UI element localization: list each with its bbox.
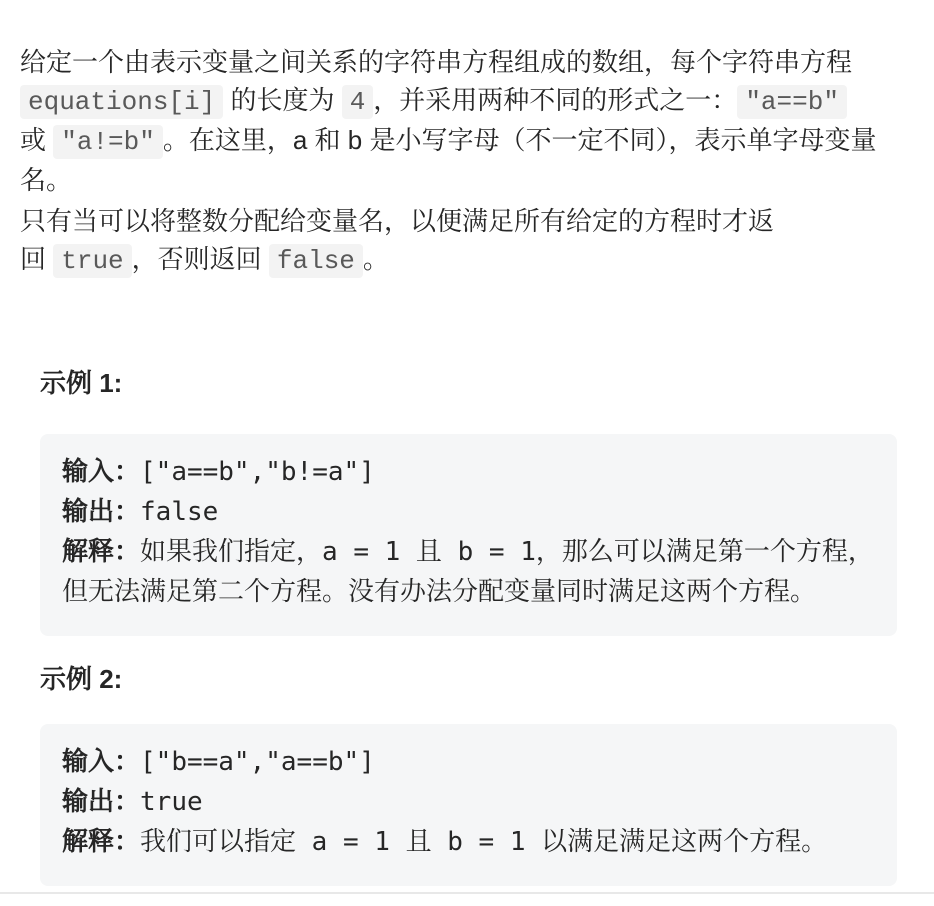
example-1-heading: 示例 1: [40,364,914,402]
section-divider [0,892,934,894]
problem-description: 给定一个由表示变量之间关系的字符串方程组成的数组，每个字符串方程 equatio… [0,0,934,886]
io-label: 解释： [62,537,140,567]
inline-code: equations[i] [20,85,223,119]
example-2-heading: 示例 2: [40,660,914,698]
problem-statement-paragraph: 给定一个由表示变量之间关系的字符串方程组成的数组，每个字符串方程 equatio… [20,43,914,199]
inline-code: true [53,244,131,278]
inline-code: false [269,244,363,278]
inline-code: 4 [342,85,374,119]
inline-code: "a!=b" [53,125,163,159]
io-label: 输入： [62,457,140,487]
io-label: 输出： [62,787,140,817]
inline-code: "a==b" [737,85,847,119]
io-label: 输出： [62,497,140,527]
io-label: 解释： [62,827,140,857]
io-label: 输入： [62,747,140,777]
problem-return-paragraph: 只有当可以将整数分配给变量名，以便满足所有给定的方程时才返回 true，否则返回… [20,202,914,280]
example-2-code-block: 输入：["b==a","a==b"] 输出：true 解释：我们可以指定 a =… [40,724,897,886]
example-1-code-block: 输入：["a==b","b!=a"] 输出：false 解释：如果我们指定，a … [40,434,897,636]
